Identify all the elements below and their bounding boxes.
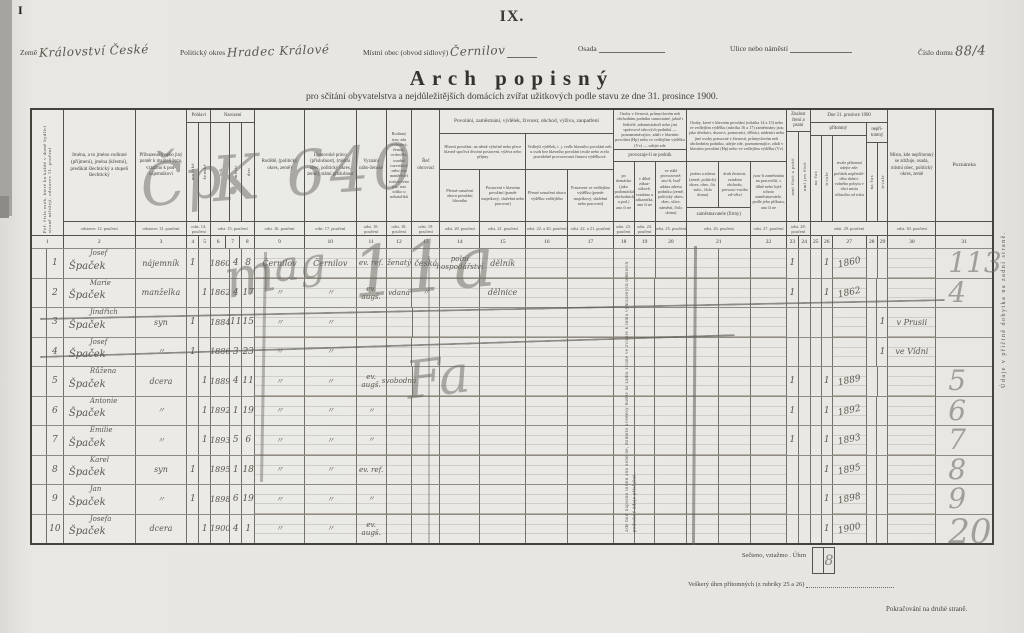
cell-empty bbox=[656, 249, 688, 278]
cell-n: 2 bbox=[47, 279, 64, 308]
cell-empty bbox=[751, 308, 787, 337]
cell-stav: svobodná bbox=[387, 367, 413, 396]
value-bp: 〃 bbox=[276, 317, 284, 328]
pencil-margin-number: 6 bbox=[948, 394, 966, 427]
value-relig: 〃 bbox=[368, 495, 375, 503]
cell-empty bbox=[811, 515, 822, 544]
value-bm: 4 bbox=[233, 288, 239, 298]
col-num-20: 20 bbox=[656, 236, 687, 248]
cell-n: 10 bbox=[47, 515, 64, 544]
first-name: Antonie bbox=[90, 397, 117, 405]
cell-margin: 20 bbox=[936, 515, 992, 544]
cell-empty bbox=[751, 249, 787, 278]
cell-since: 1898 bbox=[833, 485, 867, 514]
value-home: 〃 bbox=[326, 405, 334, 416]
cell-bm: 6 bbox=[230, 485, 242, 514]
first-name: Růžena bbox=[90, 367, 116, 375]
table-row: 7ŠpačekEmilie〃1189356〃〃〃1118937 bbox=[32, 425, 992, 455]
cell-empty bbox=[568, 367, 614, 396]
cell-since bbox=[833, 308, 867, 337]
value-n: 5 bbox=[52, 376, 58, 386]
value-read: 1 bbox=[790, 376, 796, 386]
cell-home: 〃 bbox=[305, 397, 357, 426]
value-bp: 〃 bbox=[276, 464, 284, 475]
cell-occ bbox=[440, 456, 480, 485]
col-birth-day-label: den bbox=[246, 168, 251, 176]
cell-empty bbox=[751, 397, 787, 426]
cell-m: 1 bbox=[187, 456, 199, 485]
cell-bd: 17 bbox=[242, 279, 255, 308]
value-rel: manželka bbox=[142, 288, 181, 297]
value-pres: 1 bbox=[824, 376, 830, 386]
value-home: 〃 bbox=[326, 317, 334, 328]
value-bm: 1 bbox=[233, 406, 239, 416]
cell-empty bbox=[799, 426, 811, 455]
cell-pos bbox=[480, 397, 526, 426]
col-employer-address-label: jméno a adresa (země, politický okres, o… bbox=[687, 170, 718, 198]
col-num-4: 4 bbox=[187, 236, 199, 248]
col-num-19: 19 bbox=[635, 236, 656, 248]
cell-stav: vdaná bbox=[387, 279, 413, 308]
cell-empty bbox=[32, 249, 47, 278]
total-present-label-text: Veškerý úhrn přítomných (z rubriky 25 a … bbox=[688, 581, 804, 588]
cell-empty bbox=[568, 249, 614, 278]
cell-sn: ŠpačekMarie bbox=[64, 279, 136, 308]
col-birth-note: odst. 15. poučení bbox=[211, 221, 254, 235]
cell-abs bbox=[877, 515, 888, 544]
cell-read: 1 bbox=[787, 426, 799, 455]
col-birth-month-label: měsíc bbox=[233, 165, 238, 178]
cell-margin bbox=[936, 338, 992, 367]
value-by: 1889 bbox=[210, 377, 230, 386]
first-name: Josef bbox=[90, 249, 107, 257]
cell-by: 1862 bbox=[211, 279, 230, 308]
cell-bd: 19 bbox=[242, 397, 255, 426]
cell-empty bbox=[867, 485, 878, 514]
cell-sn: ŠpačekAntonie bbox=[64, 397, 136, 426]
cell-occ bbox=[440, 279, 480, 308]
continuation-note: Pokračování na druhé straně. bbox=[886, 605, 967, 613]
col-names: Jména, a to jméno rodinné (příjmení), jm… bbox=[64, 110, 136, 248]
col-num-11: 11 bbox=[357, 236, 386, 248]
value-f: 1 bbox=[202, 406, 208, 416]
group-side-occ-label: Vedlejší výdělek, t. j. vedle hlavního p… bbox=[526, 134, 612, 170]
value-bp: 〃 bbox=[276, 494, 284, 505]
col-absent-temp-label: na čas bbox=[869, 175, 874, 189]
cell-bm: 4 bbox=[230, 367, 242, 396]
group-enterprise: Osoby v živnosti, průmyslovém neb obchod… bbox=[614, 110, 688, 248]
col-relation-note: odstavec 13. poučení bbox=[136, 221, 187, 235]
cell-empty bbox=[687, 338, 719, 367]
value-stav: svobodná bbox=[382, 377, 417, 385]
cell-abs bbox=[878, 367, 889, 396]
col-birthplace-note: odst. 16. poučení bbox=[255, 221, 304, 235]
value-by: 1884 bbox=[210, 318, 230, 327]
value-by: 1892 bbox=[210, 406, 230, 415]
cell-lang bbox=[412, 397, 440, 426]
value-pres: 1 bbox=[824, 406, 830, 416]
cell-margin: 4 bbox=[936, 279, 992, 308]
value-stav: ženatý bbox=[387, 259, 411, 267]
cell-empty bbox=[568, 485, 614, 514]
first-name: Jindřich bbox=[90, 308, 118, 316]
cell-relig: 〃 bbox=[357, 397, 387, 426]
cell-bp: 〃 bbox=[255, 515, 305, 544]
value-home: 〃 bbox=[326, 523, 334, 534]
surname: Špaček bbox=[69, 290, 106, 301]
table-row: 9ŠpačekJan〃11898619〃〃〃118989 bbox=[32, 484, 992, 514]
cell-abs bbox=[877, 485, 888, 514]
cell-m bbox=[187, 397, 199, 426]
cell-home: 〃 bbox=[305, 426, 357, 455]
col-sex-note: odst. 14. poučení bbox=[187, 221, 210, 235]
cell-pos bbox=[480, 308, 526, 337]
cell-empty bbox=[867, 456, 878, 485]
cell-m bbox=[187, 367, 199, 396]
col-num-27: 27 bbox=[833, 236, 867, 248]
pencil-margin-number: 20 bbox=[948, 512, 991, 552]
cell-pos bbox=[480, 485, 526, 514]
value-read: 1 bbox=[789, 406, 795, 416]
sum-box-cell-perm: 8 bbox=[824, 548, 834, 573]
col-occ-position-note: odst. 21. poučení bbox=[480, 222, 526, 235]
col-serial-label: Poř. čísla osob, které ku každé v domě b… bbox=[42, 113, 52, 233]
first-name: Emilie bbox=[90, 426, 113, 434]
col-workplace-label: jsou-li zaměstnáni na pracovišti, v díln… bbox=[751, 162, 786, 221]
table-body: 1ŠpačekJosefnájemník1186048ČernilovČerni… bbox=[32, 248, 992, 543]
first-name: Marie bbox=[90, 279, 111, 287]
cell-stav bbox=[387, 515, 413, 544]
cell-pres: 1 bbox=[822, 397, 833, 426]
group-literacy-label: Znalost čtení a psaní bbox=[787, 110, 810, 132]
surname: Špaček bbox=[69, 320, 106, 331]
cell-empty bbox=[526, 485, 568, 514]
cell-stav bbox=[387, 338, 413, 367]
cell-home: 〃 bbox=[305, 456, 357, 485]
group-absent-label: nepří-tomný bbox=[867, 123, 888, 143]
col-occ-position-label: Postavení v hlavním povolání (poměr maje… bbox=[480, 184, 525, 207]
surname: Špaček bbox=[69, 408, 106, 419]
cell-empty bbox=[32, 367, 47, 396]
value-bm: 6 bbox=[233, 494, 239, 504]
col-num-28: 28 bbox=[867, 236, 878, 248]
value-where: ve Vídni bbox=[895, 347, 928, 356]
cell-bm: 1 bbox=[230, 397, 242, 426]
value-m: 1 bbox=[190, 317, 196, 327]
cell-empty bbox=[719, 367, 751, 396]
cell-empty bbox=[568, 456, 614, 485]
value-bp: 〃 bbox=[276, 376, 284, 387]
cell-read bbox=[787, 515, 799, 544]
field-district: Politický okres Hradec Králové bbox=[180, 44, 330, 58]
cell-empty bbox=[687, 279, 719, 308]
cell-rel: 〃 bbox=[136, 397, 188, 426]
body-vertical-instruction: Zde buď napsáno toliko ano nebo ne, mimo… bbox=[624, 256, 652, 532]
value-f: 1 bbox=[202, 524, 208, 534]
col-customer-workshop-label: v dílně zákaz-níkově, vztažmo u zákazník… bbox=[635, 175, 655, 209]
value-pres: 1 bbox=[824, 435, 830, 445]
cell-bd: 15 bbox=[242, 308, 255, 337]
cell-empty bbox=[867, 367, 878, 396]
cell-pos bbox=[480, 367, 526, 396]
cell-pres: 1 bbox=[822, 515, 833, 544]
col-20-note: odst. 25. poučení bbox=[656, 222, 687, 235]
cell-empty bbox=[799, 338, 811, 367]
cell-relig: 〃 bbox=[357, 426, 387, 455]
cell-sn: ŠpačekJosef bbox=[64, 249, 136, 278]
value-relig: ev. augš. bbox=[357, 285, 386, 301]
cell-occ bbox=[440, 485, 480, 514]
cell-empty bbox=[32, 456, 47, 485]
cell-empty bbox=[811, 485, 822, 514]
cell-empty bbox=[568, 515, 614, 544]
value-by: 1860 bbox=[210, 259, 230, 268]
cell-rel: 〃 bbox=[136, 485, 188, 514]
value-m: 1 bbox=[190, 494, 196, 504]
group-occupation-label: Povolání, zaměstnání, výdělek, živnost, … bbox=[440, 110, 612, 134]
value-pos: dělnice bbox=[488, 288, 517, 297]
cell-empty bbox=[719, 485, 751, 514]
cell-by: 1884 bbox=[211, 308, 230, 337]
cell-empty bbox=[751, 338, 787, 367]
value-home: 〃 bbox=[326, 464, 334, 475]
value-rel: syn bbox=[154, 318, 168, 327]
cell-empty bbox=[32, 426, 47, 455]
value-n: 10 bbox=[49, 524, 60, 534]
col-num-1: 1 bbox=[32, 236, 63, 248]
cell-home: 〃 bbox=[305, 367, 357, 396]
value-bm: 11 bbox=[230, 317, 241, 327]
pencil-vertical-stroke-3 bbox=[428, 256, 430, 544]
cell-empty bbox=[655, 367, 687, 396]
cell-read bbox=[787, 308, 799, 337]
cell-sn: ŠpačekJindřich bbox=[64, 308, 136, 337]
col-names-note: odstavec 12. poučení bbox=[64, 221, 135, 235]
surname: Špaček bbox=[69, 379, 106, 390]
cell-where bbox=[888, 426, 936, 455]
cell-empty bbox=[811, 249, 822, 278]
value-pres: 1 bbox=[824, 524, 830, 534]
cell-empty bbox=[799, 308, 811, 337]
cell-pos bbox=[480, 456, 526, 485]
value-bp: 〃 bbox=[276, 287, 284, 298]
first-name: Josefa bbox=[90, 515, 112, 523]
cell-pos bbox=[480, 426, 526, 455]
col-num-18: 18 bbox=[614, 236, 635, 248]
cell-where: ve Vídni bbox=[888, 338, 936, 367]
cell-abs: 1 bbox=[877, 338, 888, 367]
col-occ-label: Přesné označení oboru povolání hlavního bbox=[440, 187, 479, 205]
col-home-right-label: Domovské právo (příslušnost), (místní ob… bbox=[305, 110, 356, 221]
value-bp: 〃 bbox=[276, 435, 284, 446]
field-district-label: Politický okres bbox=[180, 48, 225, 57]
value-relig: ev. augš. bbox=[357, 521, 386, 537]
col-marital-label: Rodinný stav, zda svobodný, ženatý, ovdo… bbox=[387, 110, 412, 221]
field-district-value: Hradec Králové bbox=[227, 42, 330, 60]
cell-home: 〃 bbox=[305, 485, 357, 514]
cell-margin: 5 bbox=[936, 367, 992, 396]
cell-n: 3 bbox=[47, 308, 64, 337]
value-bd: 23 bbox=[242, 347, 253, 357]
cell-empty bbox=[867, 397, 878, 426]
cell-rel: syn bbox=[136, 456, 188, 485]
value-by: 1862 bbox=[210, 288, 230, 297]
cell-empty bbox=[751, 367, 787, 396]
col-language: Řeč obcovací odst. 19. poučení 13 bbox=[412, 110, 440, 248]
col-side-occ-label: Přesné označení oboru výdělku vedlejšího bbox=[526, 189, 567, 202]
cell-since: 1892 bbox=[833, 397, 867, 426]
cell-lang bbox=[412, 456, 440, 485]
cell-empty bbox=[799, 456, 811, 485]
side-note-livestock: Údaje v příčině dobytka na zadní straně. bbox=[1001, 78, 1007, 388]
cell-bm: 1 bbox=[230, 456, 242, 485]
col-since-label: trvale přítomní udejte zde: počátek nepř… bbox=[833, 159, 866, 198]
cell-empty bbox=[655, 397, 687, 426]
cell-rel: dcera bbox=[136, 515, 188, 544]
cell-empty bbox=[719, 456, 751, 485]
col-absent-perm-label: trvale bbox=[880, 175, 885, 188]
cell-empty bbox=[526, 308, 568, 337]
cell-relig: 〃 bbox=[357, 485, 387, 514]
cell-bp: Černilov bbox=[255, 249, 305, 278]
cell-lang: 〃 bbox=[412, 279, 440, 308]
cell-empty bbox=[751, 485, 787, 514]
value-relig: 〃 bbox=[368, 436, 375, 444]
field-commune-label: Místní obec (obvod sídlový) bbox=[363, 48, 448, 57]
cell-empty bbox=[655, 515, 687, 544]
cell-relig: ev. ref. bbox=[357, 249, 387, 278]
cell-read bbox=[787, 485, 799, 514]
cell-relig bbox=[357, 338, 387, 367]
col-present-temp-label: na čas bbox=[813, 171, 818, 185]
cell-pres: 1 bbox=[822, 367, 833, 396]
field-land-value: Království České bbox=[39, 42, 149, 60]
cell-empty bbox=[568, 279, 614, 308]
col-absent-place-label: Místo, kde nepřítomný se zdržuje, osada,… bbox=[888, 110, 935, 221]
cell-margin: 7 bbox=[936, 426, 992, 455]
cell-stav bbox=[387, 426, 413, 455]
cell-rel: nájemník bbox=[136, 249, 188, 278]
value-n: 2 bbox=[52, 288, 58, 298]
value-read: 1 bbox=[789, 435, 795, 445]
value-bd: 8 bbox=[245, 258, 251, 268]
value-occ: polní hospodářství bbox=[436, 255, 483, 271]
value-since: 1860 bbox=[837, 256, 861, 271]
value-since: 1895 bbox=[837, 462, 861, 477]
cell-sn: ŠpačekJosefa bbox=[64, 515, 136, 544]
cell-bm: 4 bbox=[230, 279, 242, 308]
value-bd: 18 bbox=[242, 465, 253, 475]
cell-bm: 4 bbox=[230, 249, 242, 278]
census-sheet-scan: I IX. Země Království České Politický ok… bbox=[0, 0, 1024, 633]
value-bp: 〃 bbox=[276, 405, 284, 416]
cell-pos: dělník bbox=[480, 249, 526, 278]
cell-empty bbox=[655, 308, 687, 337]
col-num-2: 2 bbox=[64, 236, 135, 248]
field-street: Ulice nebo náměstí bbox=[730, 44, 852, 53]
group-present-label: přítomný bbox=[811, 123, 866, 136]
cell-occ bbox=[440, 308, 480, 337]
cell-since: 1860 bbox=[833, 249, 867, 278]
cell-bd: 11 bbox=[242, 367, 255, 396]
group-sex: Pohlaví mužské ženské odst. 14. poučení … bbox=[187, 110, 211, 248]
cell-empty bbox=[799, 515, 811, 544]
col-presence-note: odst. 29. poučení bbox=[811, 221, 888, 235]
cell-lang bbox=[412, 426, 440, 455]
value-bd: 19 bbox=[242, 406, 253, 416]
cell-by: 1893 bbox=[211, 426, 230, 455]
cell-where bbox=[888, 249, 936, 278]
cell-home: 〃 bbox=[305, 338, 357, 367]
value-lang: česká bbox=[414, 259, 437, 268]
col-fixed-premises-label: ve stálé provozovně; ano-li, buď udána a… bbox=[656, 167, 687, 216]
col-num-14: 14 bbox=[440, 236, 480, 248]
cell-empty bbox=[32, 515, 47, 544]
cell-stav bbox=[387, 397, 413, 426]
cell-empty bbox=[32, 485, 47, 514]
total-present-line bbox=[806, 580, 894, 588]
cell-where bbox=[888, 397, 936, 426]
value-home: 〃 bbox=[326, 376, 334, 387]
value-read: 1 bbox=[790, 258, 796, 268]
value-pres: 1 bbox=[824, 258, 830, 268]
col-num-3: 3 bbox=[136, 236, 187, 248]
cell-rel: syn bbox=[136, 308, 188, 337]
col-literacy-note: odst. 28. poučení bbox=[787, 221, 810, 235]
group-birth: Narození rok měsíc den odst. 15. poučení… bbox=[211, 110, 255, 248]
value-bd: 19 bbox=[242, 494, 253, 504]
value-relig: ev. ref. bbox=[359, 259, 383, 267]
cell-bm: 11 bbox=[230, 308, 242, 337]
cell-empty bbox=[32, 397, 47, 426]
cell-margin: 6 bbox=[936, 397, 992, 426]
cell-empty bbox=[526, 397, 568, 426]
col-birth-year-label: rok bbox=[218, 168, 223, 176]
value-bp: 〃 bbox=[276, 523, 284, 534]
cell-lang bbox=[412, 338, 440, 367]
col-home-right: Domovské právo (příslušnost), (místní ob… bbox=[305, 110, 357, 248]
cell-empty bbox=[655, 279, 687, 308]
pencil-margin-number: 113 bbox=[948, 246, 1001, 279]
field-house-number: Číslo domu 88/4 bbox=[918, 44, 986, 59]
col-occ-note: odst. 20. poučení bbox=[440, 222, 480, 235]
cell-empty bbox=[526, 456, 568, 485]
value-relig: 〃 bbox=[368, 407, 375, 415]
sum-box: 8 bbox=[812, 547, 835, 574]
cell-n: 5 bbox=[47, 367, 64, 396]
col-num-21: 21 bbox=[687, 236, 751, 248]
col-remark-label: Poznámka bbox=[936, 110, 992, 221]
cell-pres: 1 bbox=[822, 426, 833, 455]
surname: Špaček bbox=[69, 526, 106, 537]
cell-rel: dcera bbox=[136, 367, 188, 396]
cell-sn: ŠpačekKarel bbox=[64, 456, 136, 485]
cell-read: 1 bbox=[787, 367, 799, 396]
cell-m: 1 bbox=[187, 308, 199, 337]
col-business-type-label: druh živnosti, vztažmo obchodu, provozo-… bbox=[719, 170, 750, 198]
cell-empty bbox=[867, 279, 878, 308]
cell-empty bbox=[811, 338, 822, 367]
surname: Špaček bbox=[69, 467, 106, 478]
cell-m: 1 bbox=[187, 485, 199, 514]
cell-empty bbox=[799, 485, 811, 514]
cell-bd: 1 bbox=[242, 515, 255, 544]
cell-where bbox=[888, 485, 936, 514]
pencil-margin-number: 4 bbox=[948, 276, 966, 309]
cell-sn: ŠpačekRůžena bbox=[64, 367, 136, 396]
cell-by: 1860 bbox=[211, 249, 230, 278]
table-row: 3ŠpačekJindřichsyn118841115〃〃1v Prusii bbox=[32, 307, 992, 337]
